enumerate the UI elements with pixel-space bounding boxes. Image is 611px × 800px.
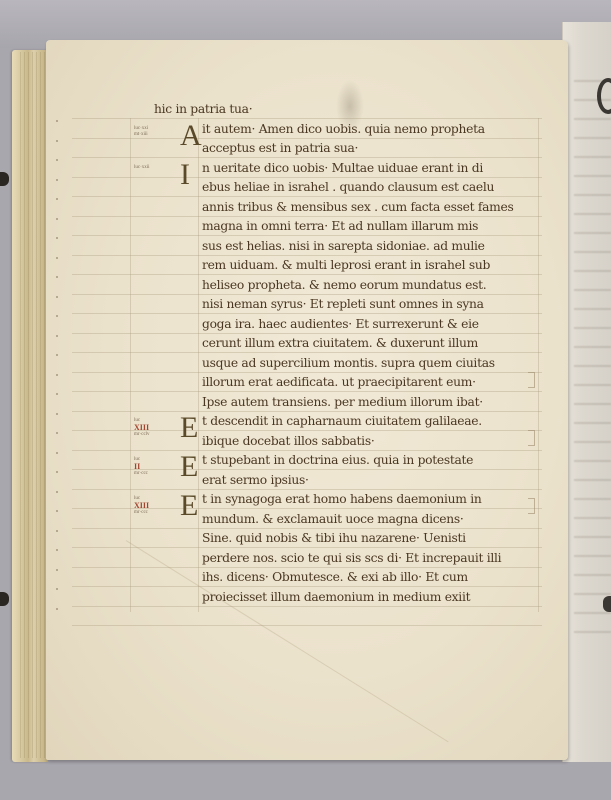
pricking-hole — [56, 491, 58, 493]
pricking-hole — [56, 140, 58, 142]
pricking-hole — [56, 218, 58, 220]
rubric-sub: mr·ccc — [134, 510, 174, 516]
pricking-hole — [56, 452, 58, 454]
manuscript-text-line: t in synagoga erat homo habens daemonium… — [202, 490, 538, 510]
book-page-stack — [20, 52, 46, 758]
pricking-hole — [56, 588, 58, 590]
manuscript-text-line: goga ira. haec audientes· Et surrexerunt… — [202, 315, 538, 335]
left-clasp-bottom — [0, 592, 9, 606]
manuscript-text-line: mundum. & exclamauit uoce magna dicens· — [202, 510, 538, 530]
pricking-hole — [56, 374, 58, 376]
manuscript-text-line: illorum erat aedificata. ut praecipitare… — [202, 373, 538, 393]
rubric-numeral: II — [134, 463, 174, 471]
rubric-sub: mt·xiii — [134, 132, 174, 138]
manuscript-text-line: proiecisset illum daemonium in medium ex… — [202, 588, 538, 608]
manuscript-text-line: hic in patria tua· — [154, 100, 538, 120]
rubric-numeral: XIII — [134, 424, 174, 432]
margin-rubric: lucXIIImr·cclv — [134, 418, 174, 438]
manuscript-text-line: n ueritate dico uobis· Multae uiduae era… — [202, 159, 538, 179]
pricking-hole — [56, 549, 58, 551]
rubric-sub: mr·ccc — [134, 471, 174, 477]
pricking-hole — [56, 335, 58, 337]
margin-rubric: luc·xximt·xiii — [134, 126, 174, 138]
pricking-hole — [56, 198, 58, 200]
pricking-hole — [56, 296, 58, 298]
main-text-column: hic in patria tua·it autem· Amen dico uo… — [202, 100, 538, 607]
margin-rubric: lucXIIImr·ccc — [134, 496, 174, 516]
pricking-hole — [56, 608, 58, 610]
manuscript-text-line: ihs. dicens· Obmutesce. & exi ab illo· E… — [202, 568, 538, 588]
pricking-hole — [56, 354, 58, 356]
manuscript-text-line: t descendit in capharnaum ciuitatem gali… — [202, 412, 538, 432]
manuscript-text-line: annis tribus & mensibus sex . cum facta … — [202, 198, 538, 218]
manuscript-text-line: erat sermo ipsius· — [202, 471, 538, 491]
pricking-hole — [56, 276, 58, 278]
pricking-hole — [56, 393, 58, 395]
margin-rubric: lucIImr·ccc — [134, 457, 174, 477]
rubric-sub: mr·cclv — [134, 432, 174, 438]
pricking-hole — [56, 413, 58, 415]
initial-letter: A — [180, 121, 202, 151]
manuscript-text-line: heliseo propheta. & nemo eorum mundatus … — [202, 276, 538, 296]
manuscript-text-line: magna in omni terra· Et ad nullam illaru… — [202, 217, 538, 237]
initial-letter: I — [180, 160, 190, 190]
facing-page-text-ghost — [574, 80, 611, 640]
manuscript-text-line: cerunt illum extra ciuitatem. & duxerunt… — [202, 334, 538, 354]
pricking-hole — [56, 530, 58, 532]
manuscript-text-line: rem uiduam. & multi leprosi erant in isr… — [202, 256, 538, 276]
pricking-hole — [56, 237, 58, 239]
margin-rubric: luc·xxii — [134, 165, 174, 171]
initial-letter: E — [180, 452, 198, 482]
ruling-margin-bound — [130, 118, 131, 612]
manuscript-text-line: nisi neman syrus· Et repleti sunt omnes … — [202, 295, 538, 315]
pricking-hole — [56, 179, 58, 181]
manuscript-text-line: usque ad supercilium montis. supra quem … — [202, 354, 538, 374]
manuscript-text-line: sus est helias. nisi in sarepta sidoniae… — [202, 237, 538, 257]
ruling-left-bound — [198, 118, 199, 612]
manuscript-text-line: Ipse autem transiens. per medium illorum… — [202, 393, 538, 413]
initial-letter: E — [180, 413, 198, 443]
pricking-hole — [56, 120, 58, 122]
manuscript-text-line: acceptus est in patria sua· — [202, 139, 538, 159]
pricking-hole — [56, 471, 58, 473]
pricking-hole — [56, 315, 58, 317]
manuscript-text-line: ebus heliae in israhel . quando clausum … — [202, 178, 538, 198]
left-clasp-top — [0, 172, 9, 186]
ruling-line — [72, 625, 542, 626]
manuscript-text-line: Sine. quid nobis & tibi ihu nazarene· Ue… — [202, 529, 538, 549]
pricking-hole — [56, 159, 58, 161]
pricking-hole — [56, 257, 58, 259]
initial-letter: E — [180, 491, 198, 521]
pricking-hole — [56, 569, 58, 571]
manuscript-text-line: perdere nos. scio te qui sis scs di· Et … — [202, 549, 538, 569]
ruling-right-bound — [538, 118, 539, 612]
rubric-numeral: XIII — [134, 502, 174, 510]
rubric-label: luc·xxii — [134, 165, 174, 171]
manuscript-text-line: t stupebant in doctrina eius. quia in po… — [202, 451, 538, 471]
pricking-hole — [56, 510, 58, 512]
pricking-hole — [56, 432, 58, 434]
manuscript-text-line: ibique docebat illos sabbatis· — [202, 432, 538, 452]
manuscript-text-line: it autem· Amen dico uobis. quia nemo pro… — [202, 120, 538, 140]
facing-page-clasp — [603, 596, 611, 612]
